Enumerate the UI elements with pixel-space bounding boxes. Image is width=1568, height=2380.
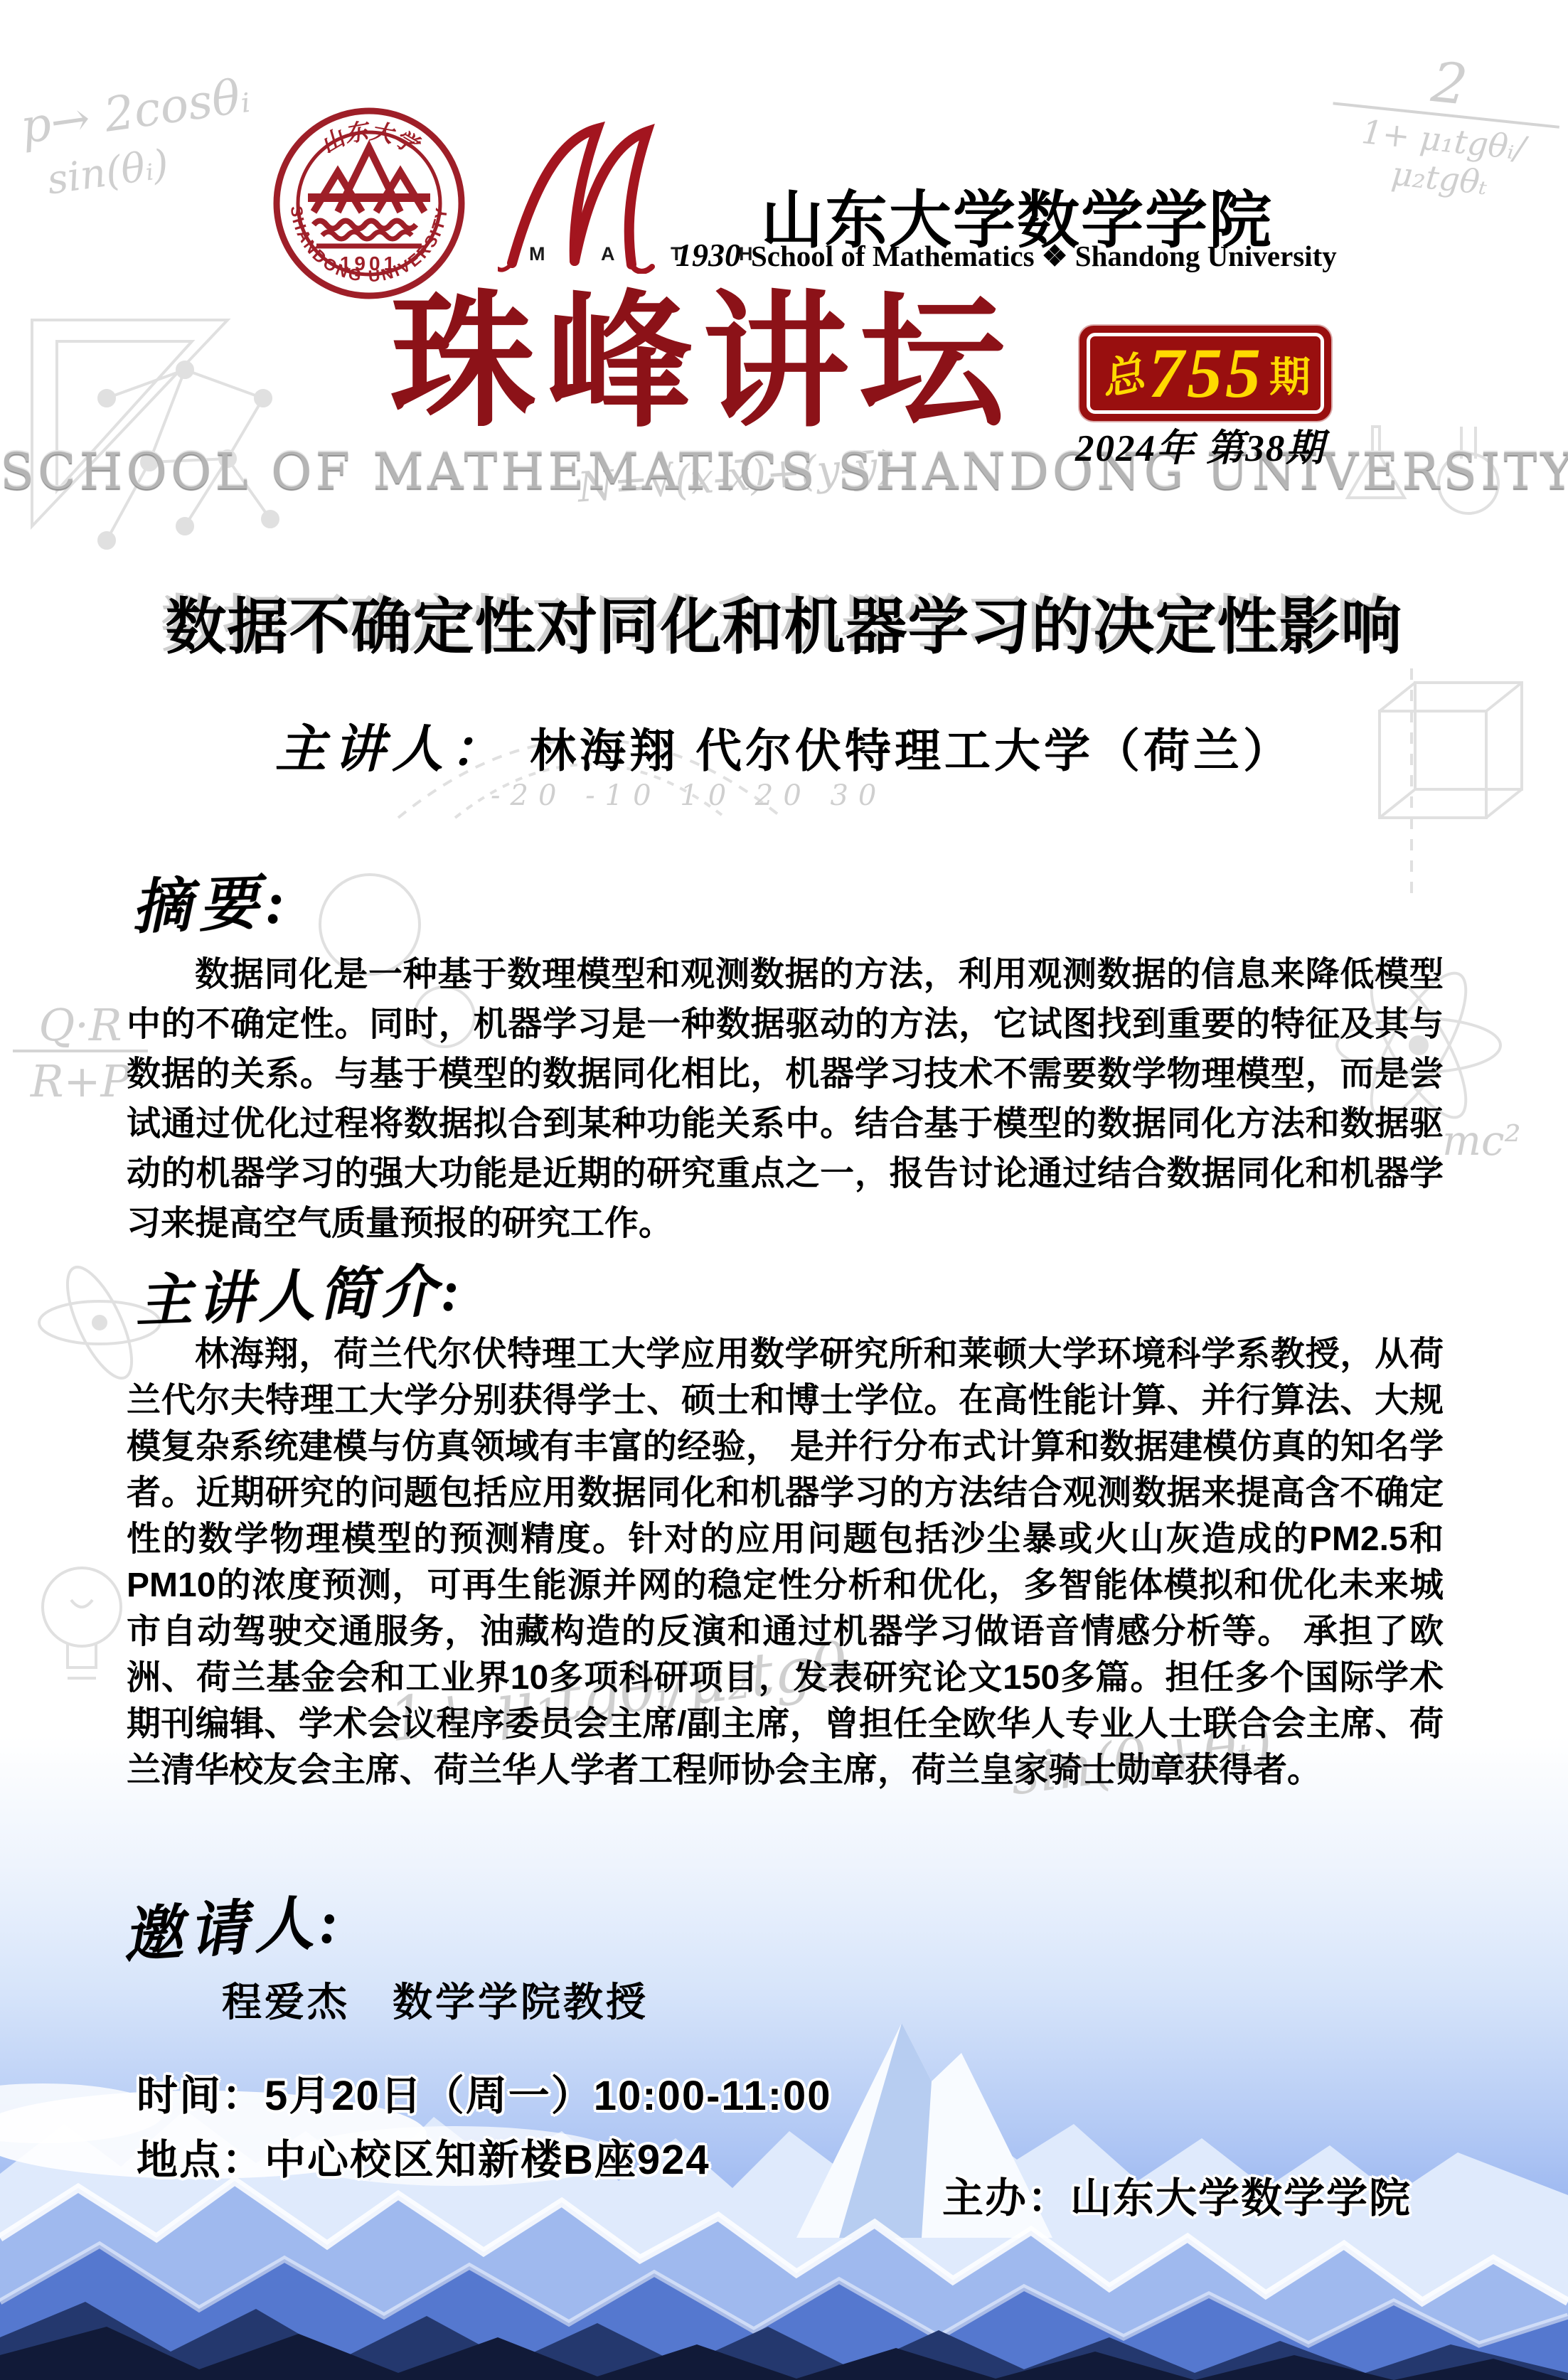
doodle-formula: sin(θᵢ): [44, 141, 171, 203]
abstract-text: 数据同化是一种基于数理模型和观测数据的方法，利用观测数据的信息来降低模型中的不确…: [127, 950, 1444, 1249]
speaker-label: 主讲人：: [275, 708, 508, 781]
speaker-name: 林海翔 代尔伏特理工大学（荷兰）: [530, 713, 1293, 780]
lecture-poster: p→ 2cosθᵢ sin(θᵢ) 2 1+ μ₁tgθᵢ/μ₂tgθₜ N=√…: [0, 0, 1568, 2380]
bio-text: 林海翔，荷兰代尔伏特理工大学应用数学研究所和莱顿大学环境科学系教授，从荷兰代尔夫…: [127, 1331, 1444, 1793]
lecture-title: 数据不确定性对同化和机器学习的决定性影响: [0, 577, 1568, 666]
issue-badge-inner: 总 755 期: [1087, 333, 1324, 414]
issue-badge: 总 755 期: [1079, 326, 1331, 421]
school-name-en-text: School of Mathematics ❖ Shandong Univers…: [751, 239, 1337, 273]
school-name-en: 1930 School of Mathematics ❖ Shandong Un…: [676, 236, 1337, 274]
issue-badge-number: 755: [1148, 338, 1264, 409]
inviter-heading: 邀请人:: [119, 1873, 347, 1974]
watermark-text: SCHOOL OF MATHEMATICS SHANDONG UNIVERSIT…: [0, 442, 1568, 501]
doodle-axis-numbers: -20 -10 10 20 30: [491, 779, 886, 812]
university-seal: 山东大学 1901 SHANDONG UNIVERSITY: [272, 107, 466, 300]
lecture-location: 地点：中心校区知新楼B座924: [137, 2126, 710, 2186]
lightbulb-doodle: [43, 1568, 121, 1678]
speaker-row: 主讲人： 林海翔 代尔伏特理工大学（荷兰）: [0, 708, 1568, 781]
lecture-time: 时间：5月20日（周一）10:00-11:00: [137, 2062, 832, 2122]
issue-badge-suffix: 期: [1269, 343, 1311, 403]
doodle-fraction: 2 1+ μ₁tgθᵢ/μ₂tgθₜ: [1324, 44, 1565, 209]
abstract-heading: 摘要:: [130, 854, 294, 946]
forum-title: 珠峰讲坛: [390, 290, 1015, 437]
doodle-formula: p→ 2cosθᵢ: [17, 68, 253, 154]
organizer: 主办：山东大学数学学院: [942, 2165, 1412, 2224]
year-issue: 2024年 第38期: [1075, 418, 1325, 472]
issue-badge-prefix: 总: [1094, 339, 1149, 408]
bio-heading: 主讲人简介:: [134, 1244, 465, 1338]
doodle-formula: mc²: [1442, 1116, 1521, 1165]
founding-year: 1930: [676, 236, 741, 274]
